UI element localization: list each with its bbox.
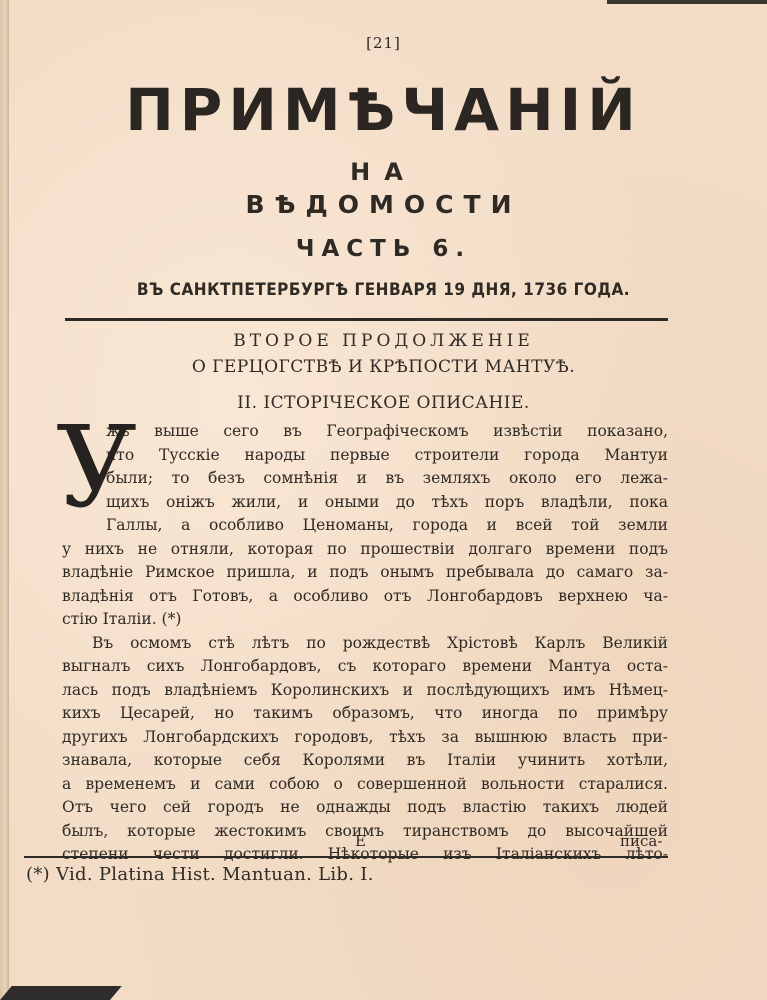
header-divider (65, 318, 668, 321)
body-text: У жѣ выше сего въ Географіческомъ извѣст… (62, 420, 668, 867)
title-line-vedomosti: ВѢДОМОСТИ (0, 190, 767, 219)
page-corner-shadow (0, 986, 122, 1000)
text-line: жѣ выше сего въ Географіческомъ извѣстіи… (62, 420, 668, 444)
text-line: были; то безъ сомнѣнія и въ земляхъ окол… (62, 467, 668, 491)
text-line: Въ осмомъ стѣ лѣтъ по рождествѣ Хрістовѣ… (62, 632, 668, 656)
text-line: лась подъ владѣніемъ Королинскихъ и посл… (62, 679, 668, 703)
text-line: у нихъ не отняли, которая по прошествіи … (62, 538, 668, 562)
dateline: ВЪ САНКТПЕТЕРБУРГѢ ГЕНВАРЯ 19 ДНЯ, 1736 … (0, 280, 767, 300)
page-top-shadow (607, 0, 767, 4)
text-line: владѣнія отъ Готовъ, а особливо отъ Лонг… (62, 585, 668, 609)
text-line: Галлы, а особливо Ценоманы, города и все… (62, 514, 668, 538)
footnote: (*) Vid. Platina Hist. Mantuan. Lib. I. (26, 864, 374, 885)
book-spine-edge (0, 0, 9, 1000)
part-number: ЧАСТЬ 6. (0, 236, 767, 262)
text-line: щихъ оніжъ жили, и оными до тѣхъ поръ вл… (62, 491, 668, 515)
text-line: знавала, которые себя Королями въ Італіи… (62, 749, 668, 773)
text-line: Отъ чего сей городъ не однажды подъ влас… (62, 796, 668, 820)
document-page: [21] ПРИМѢЧАНІЙ НА ВѢДОМОСТИ ЧАСТЬ 6. ВЪ… (0, 0, 767, 1000)
title-line-on: НА (0, 158, 767, 186)
text-line: а временемъ и сами собою о совершенной в… (62, 773, 668, 797)
text-line: другихъ Лонгобардскихъ городовъ, тѣхъ за… (62, 726, 668, 750)
page-number: [21] (0, 34, 767, 52)
text-line: стію Італіи. (*) (62, 608, 668, 632)
footnote-divider (24, 856, 668, 858)
section-heading-subject: О ГЕРЦОГСТВѢ И КРѢПОСТИ МАНТУѢ. (0, 357, 767, 377)
section-heading-continuation: ВТОРОЕ ПРОДОЛЖЕНІЕ (0, 331, 767, 351)
signature-mark: E (355, 832, 366, 850)
page-title: ПРИМѢЧАНІЙ (0, 76, 767, 144)
text-line: что Туcскіе народы первые строители горо… (62, 444, 668, 468)
catchword: писа- (620, 832, 662, 850)
text-line: кихъ Цесарей, но такимъ образомъ, что ин… (62, 702, 668, 726)
text-line: владѣніе Римское пришла, и подъ онымъ пр… (62, 561, 668, 585)
drop-cap: У (56, 412, 137, 524)
text-line: выгналъ сихъ Лонгобардовъ, съ котораго в… (62, 655, 668, 679)
